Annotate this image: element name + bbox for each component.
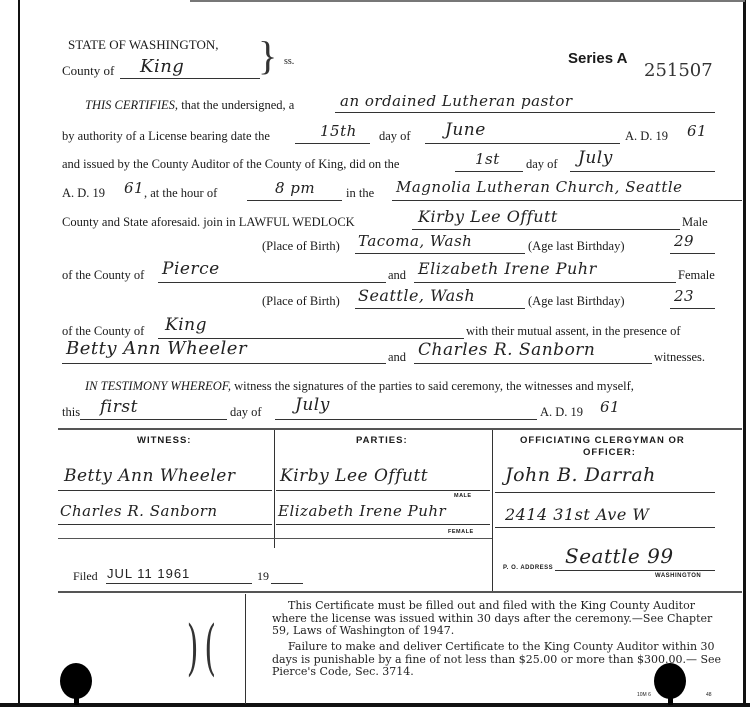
signed-day-value: first bbox=[100, 397, 138, 417]
groom-birthplace-line bbox=[355, 253, 525, 254]
bride-age-value: 23 bbox=[674, 287, 694, 305]
issued-day-line bbox=[455, 171, 523, 172]
filed-line bbox=[106, 583, 252, 584]
testimony-line: IN TESTIMONY WHEREOF, witness the signat… bbox=[85, 379, 634, 394]
brace: } bbox=[258, 36, 277, 76]
witness1-line bbox=[62, 363, 386, 364]
signature-col-divider-2 bbox=[492, 430, 493, 592]
footer-divider bbox=[58, 591, 742, 593]
party-sig-line-female bbox=[276, 524, 490, 525]
parties-header: PARTIES: bbox=[356, 435, 408, 446]
witness-sig-line-1 bbox=[58, 490, 272, 491]
right-scan-edge bbox=[743, 0, 746, 707]
mutual-text: with their mutual assent, in the presenc… bbox=[466, 324, 681, 339]
punch-hole-right-stem bbox=[668, 695, 673, 705]
officiant-title-line bbox=[335, 112, 715, 113]
notice-1: This Certificate must be filled out and … bbox=[272, 600, 732, 638]
witness-table-bottom bbox=[58, 538, 492, 539]
witness1-value: Betty Ann Wheeler bbox=[66, 338, 247, 359]
filed-label: Filed bbox=[73, 569, 98, 584]
punch-hole-left-stem bbox=[74, 695, 79, 705]
and-label-1: and bbox=[388, 268, 406, 283]
party-sig-male: Kirby Lee Offutt bbox=[280, 466, 428, 486]
hour-value: 8 pm bbox=[275, 179, 315, 197]
nineteen-line bbox=[271, 583, 303, 584]
nineteen-label: 19 bbox=[257, 569, 269, 584]
in-the-label: in the bbox=[346, 186, 374, 201]
groom-county-line bbox=[158, 282, 386, 283]
certifies-text: that the undersigned, a bbox=[181, 98, 294, 112]
day-of-label-1: day of bbox=[379, 129, 411, 144]
punch-hole-right bbox=[654, 663, 686, 699]
party-sig-line-male bbox=[276, 490, 490, 491]
po-address-line bbox=[555, 570, 715, 571]
officiant-sig-line bbox=[495, 492, 715, 493]
witnesses-label: witnesses. bbox=[654, 350, 705, 365]
female-caption: FEMALE bbox=[448, 529, 474, 535]
county-line bbox=[120, 78, 260, 79]
printer-mark: 10M 6 bbox=[637, 692, 651, 698]
bride-age-line bbox=[670, 308, 715, 309]
series-label: Series A bbox=[568, 50, 627, 67]
issued-month-value: July bbox=[578, 148, 613, 168]
female-label: Female bbox=[678, 268, 715, 283]
groom-county-value: Pierce bbox=[162, 259, 220, 279]
top-scan-edge bbox=[190, 0, 745, 2]
certifies-label: THIS CERTIFIES, bbox=[85, 98, 178, 112]
bride-birthplace-value: Seattle, Wash bbox=[358, 286, 475, 305]
officiant-address: 2414 31st Ave W bbox=[505, 505, 649, 524]
male-label: Male bbox=[682, 215, 708, 230]
signed-day-line bbox=[80, 419, 227, 420]
county-state-text: County and State aforesaid. join in LAWF… bbox=[62, 215, 355, 230]
groom-birthplace-value: Tacoma, Wash bbox=[358, 232, 472, 250]
groom-name-value: Kirby Lee Offutt bbox=[418, 207, 558, 226]
officiant-header-2: OFFICER: bbox=[583, 447, 636, 458]
license-day-line bbox=[295, 143, 370, 144]
party-sig-female: Elizabeth Irene Puhr bbox=[278, 502, 446, 520]
day-of-label-2: day of bbox=[526, 157, 558, 172]
witness2-line bbox=[414, 363, 652, 364]
left-scan-edge bbox=[18, 0, 20, 707]
officiant-title-value: an ordained Lutheran pastor bbox=[340, 92, 573, 110]
witness-sig-line-2 bbox=[58, 524, 272, 525]
po-address-label: P. O. ADDRESS bbox=[503, 565, 553, 571]
officiant-sig: John B. Darrah bbox=[505, 464, 656, 486]
testimony-label: IN TESTIMONY WHEREOF, bbox=[85, 379, 231, 393]
bride-name-line bbox=[414, 282, 676, 283]
bride-age-label: (Age last Birthday) bbox=[528, 294, 625, 309]
issued-day-value: 1st bbox=[475, 150, 500, 168]
place-line bbox=[392, 200, 742, 201]
license-text: by authority of a License bearing date t… bbox=[62, 129, 270, 144]
po-address-value: Seattle 99 bbox=[565, 544, 674, 568]
issued-month-line bbox=[570, 171, 715, 172]
groom-name-line bbox=[412, 229, 680, 230]
testimony-text: witness the signatures of the parties to… bbox=[234, 379, 634, 393]
witness-sig-2: Charles R. Sanborn bbox=[60, 502, 218, 520]
and-label-2: and bbox=[388, 350, 406, 365]
signed-month-line bbox=[275, 419, 537, 420]
ad-label-1: A. D. 19 bbox=[625, 129, 668, 144]
witness-header: WITNESS: bbox=[137, 435, 191, 446]
license-day-value: 15th bbox=[320, 122, 357, 140]
printer-code: 48 bbox=[706, 692, 712, 698]
issued-text: and issued by the County Auditor of the … bbox=[62, 157, 399, 172]
bride-county-value: King bbox=[165, 315, 207, 335]
groom-age-value: 29 bbox=[674, 232, 694, 250]
this-label: this bbox=[62, 405, 80, 420]
license-month-value: June bbox=[445, 120, 486, 140]
signature-col-divider-1 bbox=[274, 430, 275, 548]
witness-sig-1: Betty Ann Wheeler bbox=[64, 466, 235, 486]
county-value: King bbox=[140, 56, 184, 77]
washington-caption: WASHINGTON bbox=[655, 573, 701, 579]
ceremony-year-value: 61 bbox=[124, 179, 144, 197]
ss-label: ss. bbox=[284, 56, 294, 67]
signature-table-top bbox=[58, 428, 742, 430]
handwritten-mark: ) ( bbox=[187, 608, 216, 688]
hour-text: , at the hour of bbox=[144, 186, 217, 201]
punch-hole-left bbox=[60, 663, 92, 699]
bride-birth-label: (Place of Birth) bbox=[262, 294, 340, 309]
state-label: STATE OF WASHINGTON, bbox=[68, 37, 219, 53]
male-caption: MALE bbox=[454, 493, 472, 499]
day-of-label-3: day of bbox=[230, 405, 262, 420]
ad-label-2: A. D. 19 bbox=[62, 186, 105, 201]
bride-birthplace-line bbox=[355, 308, 525, 309]
license-month-line bbox=[425, 143, 620, 144]
county-label: County of bbox=[62, 63, 114, 79]
groom-age-line bbox=[670, 253, 715, 254]
groom-age-label: (Age last Birthday) bbox=[528, 239, 625, 254]
ad-label-3: A. D. 19 bbox=[540, 405, 583, 420]
groom-birth-label: (Place of Birth) bbox=[262, 239, 340, 254]
bottom-scan-edge bbox=[0, 703, 750, 707]
bride-county-label: of the County of bbox=[62, 324, 144, 339]
signed-year-value: 61 bbox=[600, 398, 620, 416]
signed-month-value: July bbox=[295, 395, 330, 415]
groom-county-label: of the County of bbox=[62, 268, 144, 283]
filed-stamp: JUL 11 1961 bbox=[107, 566, 190, 581]
license-year-value: 61 bbox=[687, 122, 707, 140]
hour-line bbox=[247, 200, 342, 201]
bride-name-value: Elizabeth Irene Puhr bbox=[418, 259, 597, 278]
witness2-value: Charles R. Sanborn bbox=[418, 340, 595, 360]
certificate-number: 251507 bbox=[644, 60, 713, 81]
certifies-line: THIS CERTIFIES, that the undersigned, a bbox=[85, 98, 294, 113]
footer-col-divider bbox=[245, 594, 246, 704]
place-value: Magnolia Lutheran Church, Seattle bbox=[396, 178, 683, 196]
officiant-header-1: OFFICIATING CLERGYMAN OR bbox=[520, 435, 685, 446]
officiant-address-line bbox=[495, 527, 715, 528]
